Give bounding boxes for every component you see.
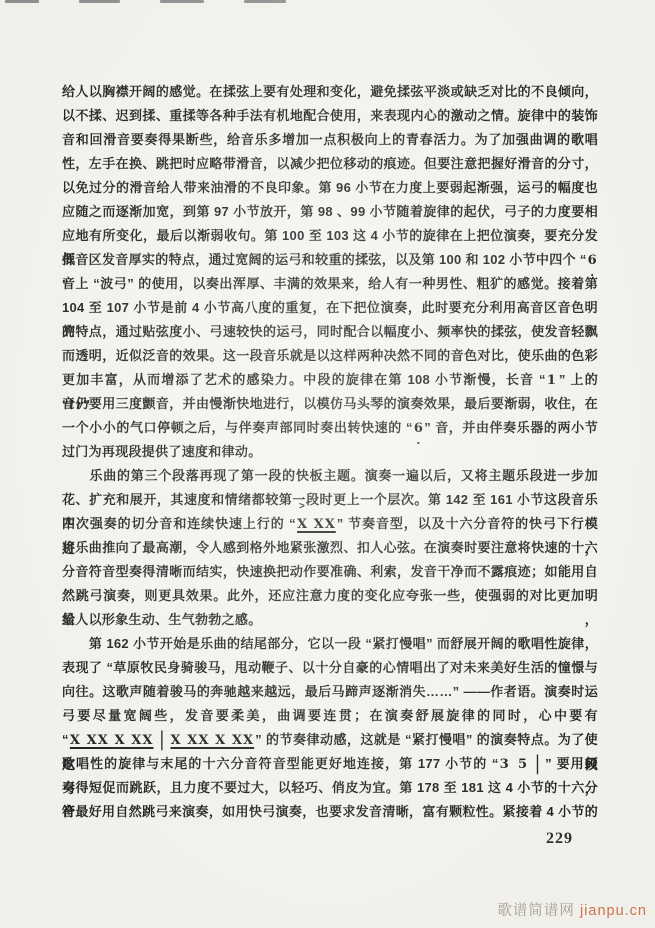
text-line: 四次强奏的切分音和连续快速上行的 “>X XX” 节奏音型，以及十六分音符的快弓… [62,512,598,536]
text-line: 乐曲的第三个段落再现了第一段的快板主题。演奏一遍以后，又将主题乐段进一步加 [62,464,598,488]
text-line: 第 162 小节开始是乐曲的结尾部分，它以一段 “紧打慢唱” 而舒展开阔的歌唱性… [62,632,598,656]
rhythm-notation: >X XX [296,512,337,537]
text-line: 符最好用自然跳弓来演奏，如用快弓演奏，也要求发音清晰，富有颗粒性。紧接着 4 小… [62,800,598,824]
text-line: 104 至 107 小节是前 4 小节高八度的重复，在下把位演奏，此时要充分利用… [62,296,598,320]
jianpu-note: 3 5 [499,757,530,772]
text-line: 的特点，通过贴弦度小、弓速较快的运弓，同时配合以幅度小、频率快的揉弦，使发音轻飘 [62,320,598,344]
text-line: 向往。这歌声随着骏马的奔驰越来越远，最后马蹄声逐渐消失……” ——作者语。演奏时… [62,680,598,704]
text-line: 以不揉、迟到揉、重揉等各种手法有机地配合使用，来表现内心的激动之情。旋律中的装饰 [62,104,598,128]
text-line: 性，左手在换、跳把时应略带滑音，以减少把位移动的痕迹。但要注意把握好滑音的分寸， [62,152,598,176]
barline-symbol: | [154,723,169,759]
scan-artifact [244,0,286,3]
watermark-site-url: jianpu.cn [580,903,647,919]
scan-artifact [160,0,204,3]
text-line: 过门为再现段提供了速度和律动。 [62,440,598,464]
octave-dot-icon: · [590,270,594,281]
rhythm-notation: X XX X XX [170,733,256,748]
text-line: 音上 “波弓” 的使用，以奏出浑厚、丰满的效果来，给人有一种男性、粗犷的感觉。接… [62,272,598,296]
octave-dot-icon: · [416,438,420,449]
text-line: “X XX X XX|X XX X XX” 的节奏律动感，这就是 “紧打慢唱” … [62,728,598,752]
scan-artifact [79,0,120,3]
jianpu-note: 1 [546,373,559,388]
book-page: 给人以胸襟开阔的感觉。在揉弦上要有处理和变化，避免揉弦平淡或缺乏对比的不良倾向，… [0,0,655,928]
text-line: 一个小小的气口停顿之后，与伴奏声部同时奏出转快速的 “6·” 音，并由伴奏乐器的… [62,416,598,440]
text-line: 奏得短促而跳跃，且力度不要过大，以轻巧、俏皮为宜。第 178 至 181 这 4… [62,776,598,800]
text-block: 给人以胸襟开阔的感觉。在揉弦上要有处理和变化，避免揉弦平淡或缺乏对比的不良倾向，… [62,80,598,824]
text-line: 弓要尽量宽阔些，发音要柔美，曲调要连贯；在演奏舒展旋律的同时，心中要有 [62,704,598,728]
text-line: 应地有所变化，最后以渐弱收句。第 100 至 103 这 4 小节的旋律在上把位… [62,224,598,248]
text-line: 花、扩充和展开，其速度和情绪都较第一段时更上一个层次。第 142 至 161 小… [62,488,598,512]
text-line: 音仍要用三度颤音，并由慢渐快地进行，以模仿马头琴的演奏效果，最后要渐弱，收住，在 [62,392,598,416]
jianpu-note-low-octave: 6· [413,417,424,441]
text-line: 然跳弓演奏，则更具效果。此外，还应注意力度的变化应夸张一些，使强弱的对比更加明显… [62,584,598,608]
text-line: 音和回滑音要奏得果断些，给音乐多增加一点积极向上的青春活力。为了加强曲调的歌唱 [62,128,598,152]
text-line: 将乐曲推向了最高潮，令人感到格外地紧张激烈、扣人心弦。在演奏时要注意将快速的十六 [62,536,598,560]
text-line: 表现了 “草原牧民身骑骏马，甩动鞭子、以十分自豪的心情唱出了对未来美好生活的憧憬… [62,656,598,680]
text-line: 而透明，近似泛音的效果。这一段音乐就是以这样两种决然不同的音色对比，使乐曲的色彩 [62,344,598,368]
text-line: 应随之而逐渐加宽，到第 97 小节放开，第 98 、99 小节随着旋律的起伏，弓… [62,200,598,224]
barline-symbol: | [530,747,545,783]
watermark-site-name: 歌谱简谱网 [497,903,575,919]
text-line: 低音区发音厚实的特点，通过宽阔的运弓和较重的揉弦，以及第 100 和 102 小… [62,248,598,272]
text-line: 歌唱性的旋律与末尾的十六分音符音型能更好地连接，第 177 小节的 “3 5|”… [62,752,598,776]
accent-mark-icon: > [299,502,305,512]
scan-artifact [5,0,39,3]
page-number: 229 [546,830,573,848]
text-line: 更加丰富，从而增添了艺术的感染力。中段的旋律在第 108 小节渐慢，长音 “1”… [62,368,598,392]
text-line: 以免过分的滑音给人带来油滑的不良印象。第 96 小节在力度上要弱起渐强，运弓的幅… [62,176,598,200]
rhythm-notation: X XX X XX [69,733,155,748]
jianpu-note-low-octave: 6· [587,249,598,273]
text-line: 分音符音型奏得清晰而结实，快速换把动作要准确、利索，发音干净而不露痕迹；如能用自 [62,560,598,584]
watermark: 歌谱简谱网 jianpu.cn [497,899,647,920]
text-line: 给人以胸襟开阔的感觉。在揉弦上要有处理和变化，避免揉弦平淡或缺乏对比的不良倾向， [62,80,598,104]
page-top-edge [0,0,655,4]
